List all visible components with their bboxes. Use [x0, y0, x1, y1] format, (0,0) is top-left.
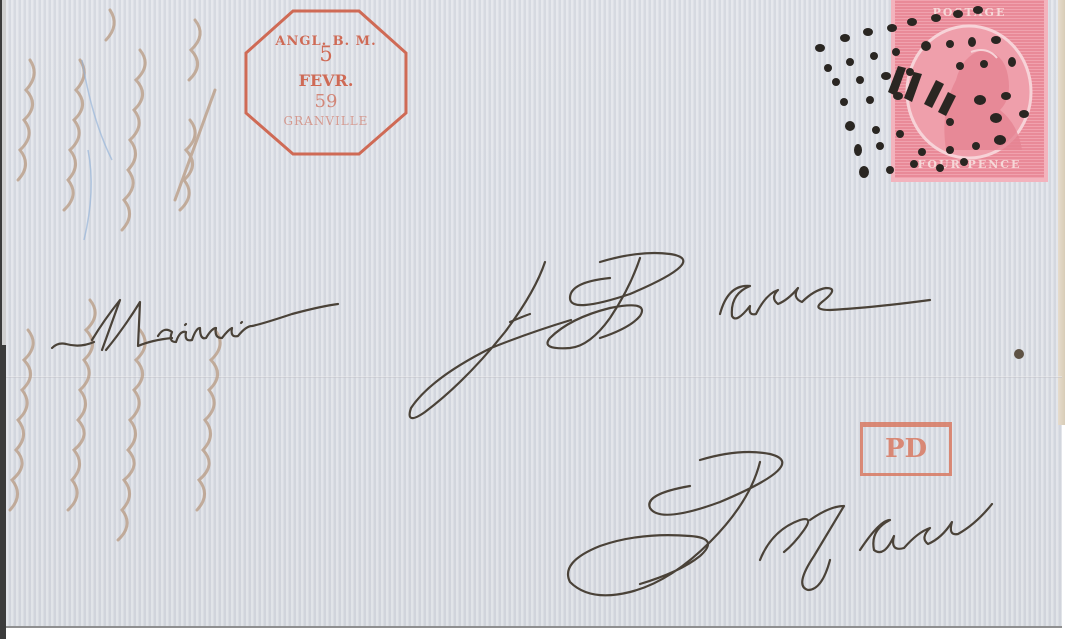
- handwritten-address: [0, 0, 1070, 639]
- ink-blot: [1014, 349, 1024, 359]
